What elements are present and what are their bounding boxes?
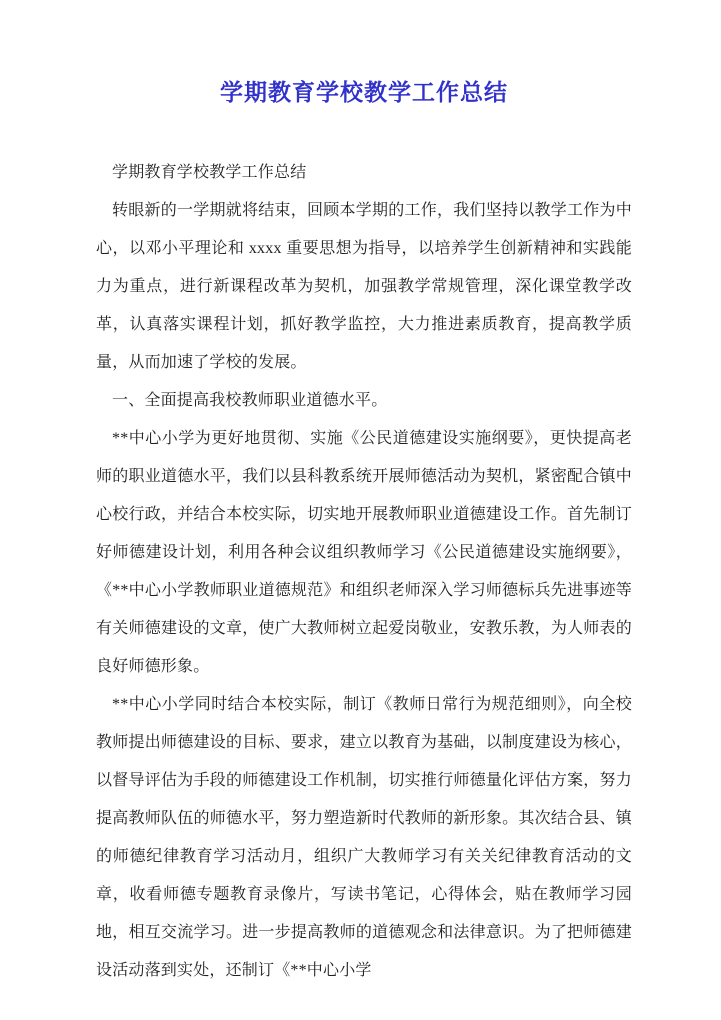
document-page: 学期教育学校教学工作总结 学期教育学校教学工作总结 转眼新的一学期就将结束，回顾… [0,0,721,1020]
paragraph-repeat-title: 学期教育学校教学工作总结 [96,154,632,192]
paragraph-section-heading: 一、全面提高我校教师职业道德水平。 [96,382,632,420]
paragraph-ethics-2: **中心小学同时结合本校实际，制订《教师日常行为规范细则》，向全校教师提出师德建… [96,686,632,990]
document-title: 学期教育学校教学工作总结 [96,78,632,108]
paragraph-ethics-1: **中心小学为更好地贯彻、实施《公民道德建设实施纲要》，更快提高老师的职业道德水… [96,420,632,686]
document-body: 学期教育学校教学工作总结 转眼新的一学期就将结束，回顾本学期的工作，我们坚持以教… [96,154,632,990]
paragraph-intro: 转眼新的一学期就将结束，回顾本学期的工作，我们坚持以教学工作为中心，以邓小平理论… [96,192,632,382]
